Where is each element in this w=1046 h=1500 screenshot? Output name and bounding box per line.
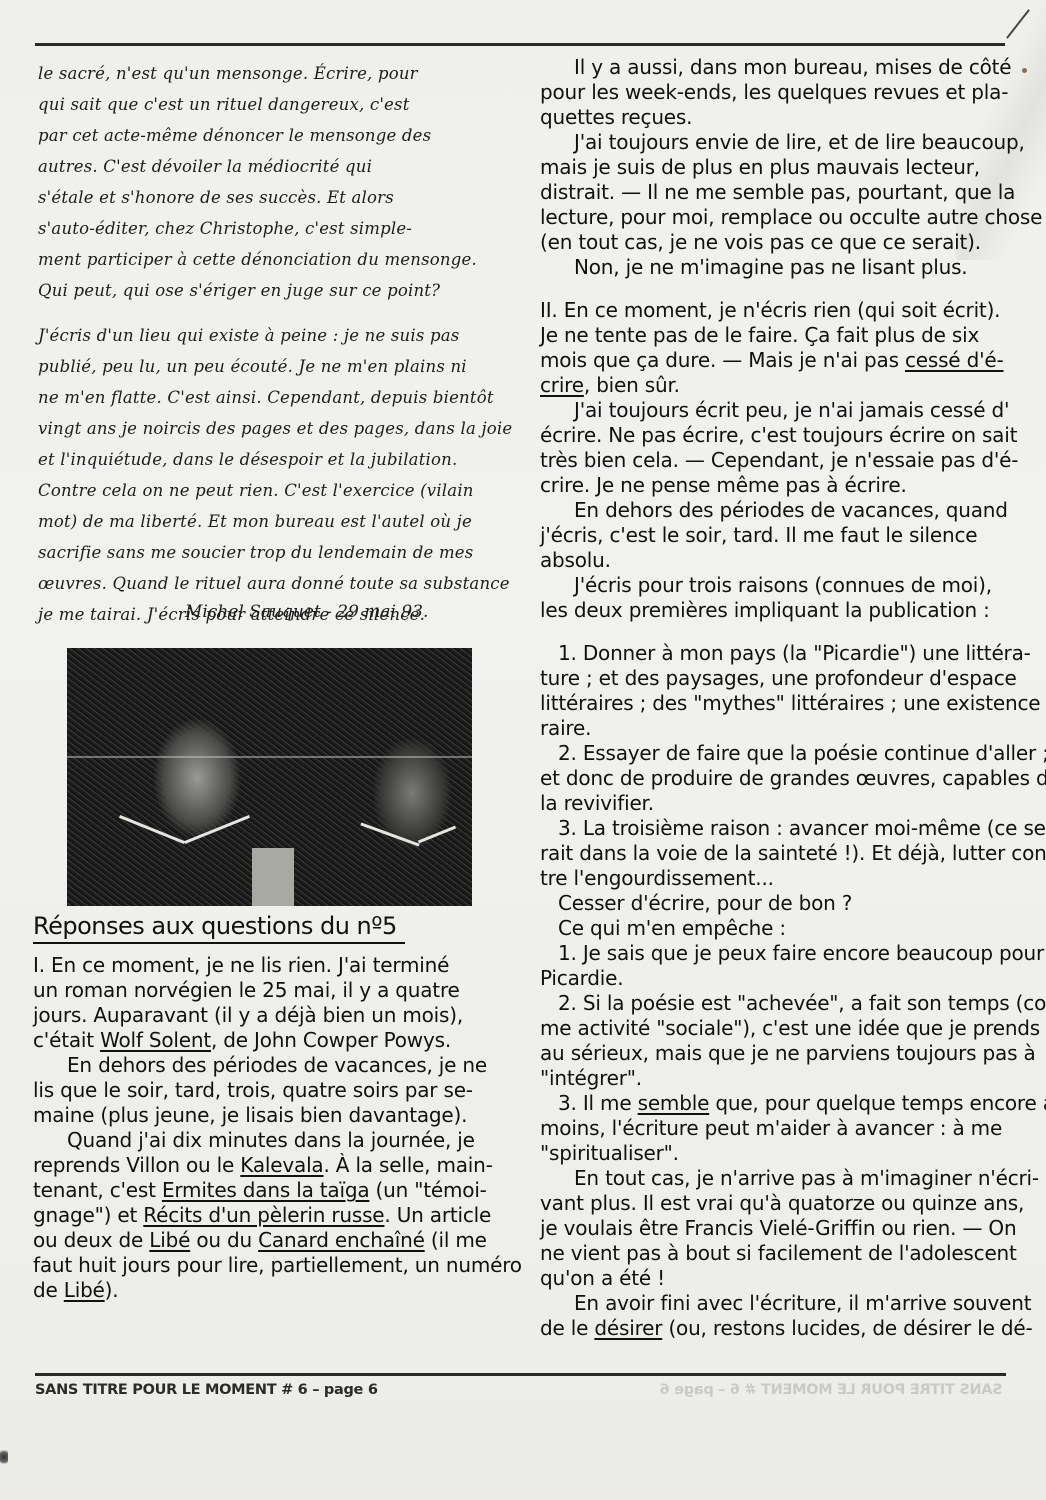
text-fragment: de: [33, 1278, 64, 1302]
text-line: J'écris pour trois raisons (connues de m…: [540, 573, 1010, 598]
text-line: jours. Auparavant (il y a déjà bien un m…: [33, 1003, 513, 1028]
text-fragment: ou du: [190, 1228, 258, 1252]
underlined-title: crire: [540, 373, 584, 397]
underlined-title: désirer: [594, 1316, 662, 1340]
underlined-title: cessé d'é-: [905, 348, 1004, 372]
scanned-page: le sacré, n'est qu'un mensonge. Écrire, …: [0, 0, 1046, 1500]
text-fragment: (il me: [425, 1228, 487, 1252]
text-line: de le désirer (ou, restons lucides, de d…: [540, 1316, 1010, 1341]
text-line: au sérieux, mais que je ne parviens touj…: [540, 1041, 1010, 1066]
text-line: Contre cela on ne peut rien. C'est l'exe…: [38, 475, 508, 506]
signature: Michel Sauquet - 29 mai 93.: [185, 602, 428, 622]
text-fragment: me activité "sociale"), c'est une idée q…: [540, 1016, 1046, 1040]
letter-paragraph-2: J'écris d'un lieu qui existe à peine : j…: [38, 320, 508, 630]
text-line: mois que ça dure. — Mais je n'ai pas ces…: [540, 348, 1010, 373]
text-line: Cesser d'écrire, pour de bon ?: [540, 891, 1010, 916]
underlined-title: Ermites dans la taïga: [162, 1178, 369, 1202]
text-line: pour les week-ends, les quelques revues …: [540, 80, 1010, 105]
text-line: (en tout cas, je ne vois pas ce que ce s…: [540, 230, 1010, 255]
text-line: mais je suis de plus en plus mauvais lec…: [540, 155, 1010, 180]
text-line: 1. Donner à mon pays (la "Picardie") une…: [540, 641, 1010, 666]
text-fragment: 3. Il me: [558, 1091, 638, 1115]
text-line: lecture, pour moi, remplace ou occulte a…: [540, 205, 1010, 230]
text-line: le sacré, n'est qu'un mensonge. Écrire, …: [38, 58, 508, 89]
text-fragment: c'était: [33, 1028, 100, 1052]
text-line: et l'inquiétude, dans le désespoir et la…: [38, 444, 508, 475]
text-line: très bien cela. — Cependant, je n'essaie…: [540, 448, 1010, 473]
text-fragment: , bien sûr.: [584, 373, 680, 397]
underlined-title: semble: [638, 1091, 710, 1115]
text-line: absolu.: [540, 548, 1010, 573]
answers-part-2: Il y a aussi, dans mon bureau, mises de …: [540, 55, 1010, 1341]
letter-paragraph-1: le sacré, n'est qu'un mensonge. Écrire, …: [38, 58, 508, 306]
text-line: En tout cas, je n'arrive pas à m'imagine…: [540, 1166, 1010, 1191]
text-fragment: gnage") et: [33, 1203, 143, 1227]
text-line: faut huit jours pour lire, partiellement…: [33, 1253, 513, 1278]
underlined-title: Wolf Solent: [100, 1028, 211, 1052]
underlined-title: Libé: [149, 1228, 190, 1252]
text-line: tre l'engourdissement...: [540, 866, 1010, 891]
answers-part-1: I. En ce moment, je ne lis rien. J'ai te…: [33, 953, 513, 1303]
bottom-rule-left: [35, 1373, 530, 1376]
text-line: J'ai toujours écrit peu, je n'ai jamais …: [540, 398, 1010, 423]
text-line: moins, l'écriture peut m'aider à avancer…: [540, 1116, 1010, 1141]
text-fragment: . Un article: [384, 1203, 491, 1227]
text-line: En dehors des périodes de vacances, je n…: [33, 1053, 513, 1078]
text-line: s'étale et s'honore de ses succès. Et al…: [38, 182, 508, 213]
top-rule: [35, 43, 1005, 46]
text-line: "spiritualiser".: [540, 1141, 1010, 1166]
portrait-photo: [67, 648, 472, 906]
text-line: J'écris d'un lieu qui existe à peine : j…: [38, 320, 508, 351]
text-line: vingt ans je noircis des pages et des pa…: [38, 413, 508, 444]
text-fragment: ).: [105, 1278, 119, 1302]
text-line: et donc de produire de grandes œuvres, c…: [540, 766, 1010, 791]
text-line: crire. Je ne pense même pas à écrire.: [540, 473, 1010, 498]
text-fragment: . À la selle, main-: [323, 1153, 492, 1177]
page-footer-bleedthrough: SANS TITRE POUR LE MOMENT # 6 – page 6: [660, 1382, 1003, 1398]
text-line: Non, je ne m'imagine pas ne lisant plus.: [540, 255, 1010, 280]
text-line: s'auto-éditer, chez Christophe, c'est si…: [38, 213, 508, 244]
underlined-title: Kalevala: [240, 1153, 323, 1177]
text-line: gnage") et Récits d'un pèlerin russe. Un…: [33, 1203, 513, 1228]
letter-text-block: le sacré, n'est qu'un mensonge. Écrire, …: [38, 58, 508, 630]
text-line: qui sait que c'est un rituel dangereux, …: [38, 89, 508, 120]
text-line: j'écris, c'est le soir, tard. Il me faut…: [540, 523, 1010, 548]
text-fragment: de le: [540, 1316, 594, 1340]
underlined-title: Canard enchaîné: [258, 1228, 425, 1252]
text-line: Je ne tente pas de le faire. Ça fait plu…: [540, 323, 1010, 348]
text-line: de Libé).: [33, 1278, 513, 1303]
text-line: 2. Si la poésie est "achevée", a fait so…: [540, 991, 1010, 1016]
text-line: 1. Je sais que je peux faire encore beau…: [540, 941, 1010, 966]
text-line: qu'on a été !: [540, 1266, 1010, 1291]
text-line: lis que le soir, tard, trois, quatre soi…: [33, 1078, 513, 1103]
section-heading: Réponses aux questions du nº5: [33, 912, 405, 944]
text-line: maine (plus jeune, je lisais bien davant…: [33, 1103, 513, 1128]
text-line: ment participer à cette dénonciation du …: [38, 244, 508, 275]
text-line: II. En ce moment, je n'écris rien (qui s…: [540, 298, 1010, 323]
text-line: Ce qui m'en empêche :: [540, 916, 1010, 941]
text-line: I. En ce moment, je ne lis rien. J'ai te…: [33, 953, 513, 978]
text-line: œuvres. Quand le rituel aura donné toute…: [38, 568, 508, 599]
text-line: publié, peu lu, un peu écouté. Je ne m'e…: [38, 351, 508, 382]
text-line: autres. C'est dévoiler la médiocrité qui: [38, 151, 508, 182]
text-fragment: que, pour quelque temps encore au: [709, 1091, 1046, 1115]
text-line: c'était Wolf Solent, de John Cowper Powy…: [33, 1028, 513, 1053]
text-line: me activité "sociale"), c'est une idée q…: [540, 1016, 1010, 1041]
text-line: je voulais être Francis Vielé-Griffin ou…: [540, 1216, 1010, 1241]
text-fragment: , de John Cowper Powys.: [211, 1028, 451, 1052]
text-line: distrait. — Il ne me semble pas, pourtan…: [540, 180, 1010, 205]
text-fragment: reprends Villon ou le: [33, 1153, 240, 1177]
text-line: vant plus. Il est vrai qu'à quatorze ou …: [540, 1191, 1010, 1216]
text-line: quettes reçues.: [540, 105, 1010, 130]
page-footer: SANS TITRE POUR LE MOMENT # 6 – page 6: [35, 1382, 378, 1398]
photo-crease: [67, 756, 472, 758]
text-line: 3. Il me semble que, pour quelque temps …: [540, 1091, 1010, 1116]
ink-stain: [0, 1448, 8, 1466]
text-line: sacrifie sans me soucier trop du lendema…: [38, 537, 508, 568]
text-fragment: ou deux de: [33, 1228, 149, 1252]
text-fragment: (ou, restons lucides, de désirer le dé-: [662, 1316, 1032, 1340]
text-line: J'ai toujours envie de lire, et de lire …: [540, 130, 1010, 155]
text-line: écrire. Ne pas écrire, c'est toujours éc…: [540, 423, 1010, 448]
text-line: Il y a aussi, dans mon bureau, mises de …: [540, 55, 1010, 80]
text-line: tenant, c'est Ermites dans la taïga (un …: [33, 1178, 513, 1203]
text-line: En avoir fini avec l'écriture, il m'arri…: [540, 1291, 1010, 1316]
text-line: mot) de ma liberté. Et mon bureau est l'…: [38, 506, 508, 537]
text-line: un roman norvégien le 25 mai, il y a qua…: [33, 978, 513, 1003]
text-fragment: mois que ça dure. — Mais je n'ai pas: [540, 348, 905, 372]
bottom-rule-right: [528, 1373, 1006, 1376]
text-line: crire, bien sûr.: [540, 373, 1010, 398]
text-line: la revivifier.: [540, 791, 1010, 816]
text-line: littéraires ; des "mythes" littéraires ;…: [540, 691, 1010, 716]
text-line: Quand j'ai dix minutes dans la journée, …: [33, 1128, 513, 1153]
text-line: En dehors des périodes de vacances, quan…: [540, 498, 1010, 523]
text-line: 2. Essayer de faire que la poésie contin…: [540, 741, 1010, 766]
text-line: les deux premières impliquant la publica…: [540, 598, 1010, 623]
text-line: reprends Villon ou le Kalevala. À la sel…: [33, 1153, 513, 1178]
underlined-title: Libé: [64, 1278, 105, 1302]
text-line: 3. La troisième raison : avancer moi-mêm…: [540, 816, 1010, 841]
text-line: ture ; et des paysages, une profondeur d…: [540, 666, 1010, 691]
text-line: Qui peut, qui ose s'ériger en juge sur c…: [38, 275, 508, 306]
text-line: ne m'en flatte. C'est ainsi. Cependant, …: [38, 382, 508, 413]
text-fragment: (un "témoi-: [369, 1178, 486, 1202]
text-fragment: tenant, c'est: [33, 1178, 162, 1202]
text-line: Picardie.: [540, 966, 1010, 991]
ink-spot: [1022, 68, 1027, 73]
text-line: rait dans la voie de la sainteté !). Et …: [540, 841, 1010, 866]
text-line: ou deux de Libé ou du Canard enchaîné (i…: [33, 1228, 513, 1253]
text-line: par cet acte-même dénoncer le mensonge d…: [38, 120, 508, 151]
text-line: ne vient pas à bout si facilement de l'a…: [540, 1241, 1010, 1266]
text-line: raire.: [540, 716, 1010, 741]
text-line: "intégrer".: [540, 1066, 1010, 1091]
underlined-title: Récits d'un pèlerin russe: [143, 1203, 384, 1227]
